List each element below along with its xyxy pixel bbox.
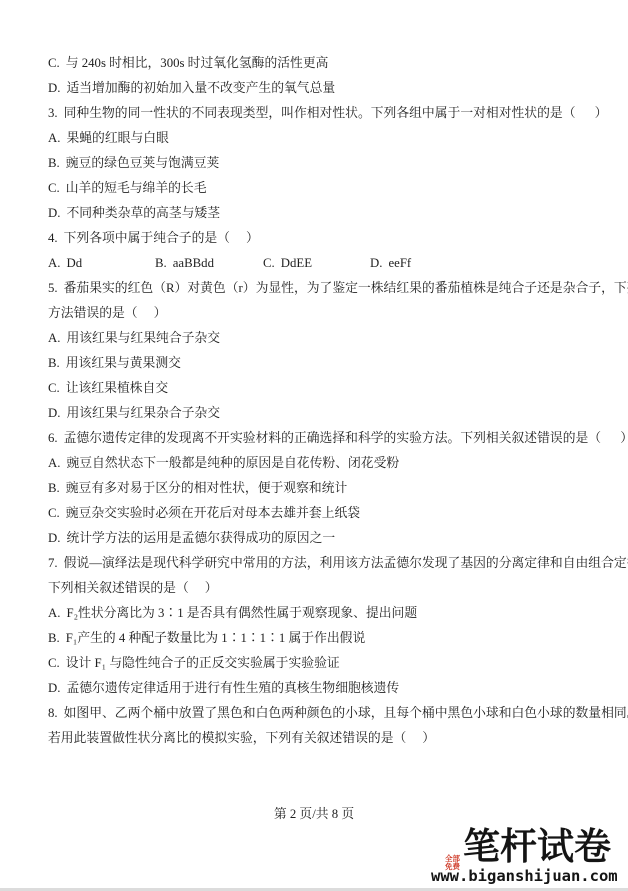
option-text: 豌豆杂交实验时必须在开花后对母本去雄并套上纸袋 xyxy=(66,506,360,520)
option-text: 与 240s 时相比，300s 时过氧化氢酶的活性更高 xyxy=(66,56,329,70)
question-3: 3.同种生物的同一性状的不同表现类型，叫作相对性状。下列各组中属于一对相对性状的… xyxy=(48,101,620,226)
question-5-option-a: A.用该红果与红果纯合子杂交 xyxy=(48,326,620,351)
option-text: 让该红果植株自交 xyxy=(66,381,168,395)
question-4-options-row: A.Dd B.aaBBdd C.DdEE D.eeFf xyxy=(48,251,620,276)
option-text: aaBBdd xyxy=(173,256,214,270)
option-text: 山羊的短毛与绵羊的长毛 xyxy=(66,181,207,195)
question-5-option-b: B.用该红果与黄果测交 xyxy=(48,351,620,376)
question-5-option-c: C.让该红果植株自交 xyxy=(48,376,620,401)
question-3-option-c: C.山羊的短毛与绵羊的长毛 xyxy=(48,176,620,201)
prev-question-option-c: C.与 240s 时相比，300s 时过氧化氢酶的活性更高 xyxy=(48,51,620,76)
question-7-option-c: C.设计 F₁ 与隐性纯合子的正反交实验属于实验验证 xyxy=(48,651,620,676)
question-number: 4. xyxy=(48,231,58,245)
question-6: 6.孟德尔遗传定律的发现离不开实验材料的正确选择和科学的实验方法。下列相关叙述错… xyxy=(48,426,620,551)
option-text: F₁产生的 4 种配子数量比为 1∶1∶1∶1 属于作出假说 xyxy=(66,631,366,645)
question-3-option-d: D.不同种类杂草的高茎与矮茎 xyxy=(48,201,620,226)
option-text: 豌豆自然状态下一般都是纯种的原因是自花传粉、闭花受粉 xyxy=(66,456,399,470)
stem-text: 同种生物的同一性状的不同表现类型，叫作相对性状。下列各组中属于一对相对性状的是（… xyxy=(64,106,608,120)
stem-text: 下列各项中属于纯合子的是（ ） xyxy=(64,231,259,245)
option-label: C. xyxy=(48,181,60,195)
option-text: 豌豆的绿色豆荚与饱满豆荚 xyxy=(66,156,220,170)
question-5-stem-line-1: 5.番茄果实的红色（R）对黄色（r）为显性，为了鉴定一株结红果的番茄植株是纯合子… xyxy=(48,276,620,301)
option-label: A. xyxy=(48,606,60,620)
stem-text: 假说—演绎法是现代科学研究中常用的方法，利用该方法孟德尔发现了基因的分离定律和自… xyxy=(64,556,628,570)
question-number: 8. xyxy=(48,706,58,720)
option-text: 豌豆有多对易于区分的相对性状，便于观察和统计 xyxy=(66,481,348,495)
question-7-option-b: B.F₁产生的 4 种配子数量比为 1∶1∶1∶1 属于作出假说 xyxy=(48,626,620,651)
option-label: D. xyxy=(48,681,60,695)
stem-text: 若用此装置做性状分离比的模拟实验，下列有关叙述错误的是（ ） xyxy=(48,731,435,745)
question-7-stem-line-2: 下列相关叙述错误的是（ ） xyxy=(48,576,620,601)
option-text: 用该红果与黄果测交 xyxy=(66,356,181,370)
stem-text: 孟德尔遗传定律的发现离不开实验材料的正确选择和科学的实验方法。下列相关叙述错误的… xyxy=(64,431,628,445)
option-text: DdEE xyxy=(281,256,312,270)
question-number: 3. xyxy=(48,106,58,120)
option-label: B. xyxy=(155,256,167,270)
option-text: 用该红果与红果杂合子杂交 xyxy=(66,406,220,420)
option-label: B. xyxy=(48,631,60,645)
question-4-option-d: D.eeFf xyxy=(370,251,411,276)
option-label: A. xyxy=(48,131,60,145)
option-text: 用该红果与红果纯合子杂交 xyxy=(66,331,220,345)
question-4: 4.下列各项中属于纯合子的是（ ） A.Dd B.aaBBdd C.DdEE D… xyxy=(48,226,620,276)
question-5-option-d: D.用该红果与红果杂合子杂交 xyxy=(48,401,620,426)
stem-text: 下列相关叙述错误的是（ ） xyxy=(48,581,218,595)
option-text: 适当增加酶的初始加入量不改变产生的氧气总量 xyxy=(66,81,335,95)
prev-question-option-d: D.适当增加酶的初始加入量不改变产生的氧气总量 xyxy=(48,76,620,101)
option-text: F₂性状分离比为 3∶1 是否具有偶然性属于观察现象、提出问题 xyxy=(66,606,417,620)
option-label: C. xyxy=(263,256,275,270)
stem-text: 如图甲、乙两个桶中放置了黑色和白色两种颜色的小球，且每个桶中黑色小球和白色小球的… xyxy=(64,706,628,720)
question-6-option-a: A.豌豆自然状态下一般都是纯种的原因是自花传粉、闭花受粉 xyxy=(48,451,620,476)
option-label: A. xyxy=(48,256,60,270)
option-label: C. xyxy=(48,506,60,520)
question-3-option-b: B.豌豆的绿色豆荚与饱满豆荚 xyxy=(48,151,620,176)
question-5: 5.番茄果实的红色（R）对黄色（r）为显性，为了鉴定一株结红果的番茄植株是纯合子… xyxy=(48,276,620,426)
option-text: 不同种类杂草的高茎与矮茎 xyxy=(66,206,220,220)
option-label: B. xyxy=(48,156,60,170)
question-number: 6. xyxy=(48,431,58,445)
option-text: Dd xyxy=(66,256,82,270)
question-4-option-a: A.Dd xyxy=(48,251,82,276)
question-8-stem-line-2: 若用此装置做性状分离比的模拟实验，下列有关叙述错误的是（ ） xyxy=(48,726,620,751)
stem-text: 番茄果实的红色（R）对黄色（r）为显性，为了鉴定一株结红果的番茄植株是纯合子还是… xyxy=(64,281,628,295)
option-text: 设计 F₁ 与隐性纯合子的正反交实验属于实验验证 xyxy=(66,656,340,670)
question-7-stem-line-1: 7.假说—演绎法是现代科学研究中常用的方法，利用该方法孟德尔发现了基因的分离定律… xyxy=(48,551,620,576)
question-7: 7.假说—演绎法是现代科学研究中常用的方法，利用该方法孟德尔发现了基因的分离定律… xyxy=(48,551,620,701)
question-6-option-c: C.豌豆杂交实验时必须在开花后对母本去雄并套上纸袋 xyxy=(48,501,620,526)
question-3-option-a: A.果蝇的红眼与白眼 xyxy=(48,126,620,151)
watermark-site-url: www.biganshijuan.com xyxy=(431,865,618,887)
question-6-stem: 6.孟德尔遗传定律的发现离不开实验材料的正确选择和科学的实验方法。下列相关叙述错… xyxy=(48,426,620,451)
question-4-option-c: C.DdEE xyxy=(263,251,312,276)
question-4-option-b: B.aaBBdd xyxy=(155,251,214,276)
question-6-option-d: D.统计学方法的运用是孟德尔获得成功的原因之一 xyxy=(48,526,620,551)
question-4-stem: 4.下列各项中属于纯合子的是（ ） xyxy=(48,226,620,251)
exam-page-content: C.与 240s 时相比，300s 时过氧化氢酶的活性更高 D.适当增加酶的初始… xyxy=(48,51,620,751)
question-8-stem-line-1: 8.如图甲、乙两个桶中放置了黑色和白色两种颜色的小球，且每个桶中黑色小球和白色小… xyxy=(48,701,620,726)
option-label: A. xyxy=(48,456,60,470)
option-label: D. xyxy=(48,206,60,220)
option-label: B. xyxy=(48,481,60,495)
option-label: D. xyxy=(370,256,382,270)
question-number: 7. xyxy=(48,556,58,570)
prev-question-tail: C.与 240s 时相比，300s 时过氧化氢酶的活性更高 D.适当增加酶的初始… xyxy=(48,51,620,101)
question-8: 8.如图甲、乙两个桶中放置了黑色和白色两种颜色的小球，且每个桶中黑色小球和白色小… xyxy=(48,701,620,751)
watermark-brand-logo: 笔杆试卷 xyxy=(463,828,611,868)
option-label: D. xyxy=(48,81,60,95)
question-5-stem-line-2: 方法错误的是（ ） xyxy=(48,301,620,326)
option-label: D. xyxy=(48,531,60,545)
option-text: 统计学方法的运用是孟德尔获得成功的原因之一 xyxy=(66,531,335,545)
option-label: C. xyxy=(48,56,60,70)
option-text: 果蝇的红眼与白眼 xyxy=(66,131,168,145)
question-6-option-b: B.豌豆有多对易于区分的相对性状，便于观察和统计 xyxy=(48,476,620,501)
option-text: eeFf xyxy=(388,256,411,270)
question-7-option-a: A.F₂性状分离比为 3∶1 是否具有偶然性属于观察现象、提出问题 xyxy=(48,601,620,626)
option-label: C. xyxy=(48,656,60,670)
page-number: 第 2 页/共 8 页 xyxy=(0,804,628,824)
question-7-option-d: D.孟德尔遗传定律适用于进行有性生殖的真核生物细胞核遗传 xyxy=(48,676,620,701)
question-3-stem: 3.同种生物的同一性状的不同表现类型，叫作相对性状。下列各组中属于一对相对性状的… xyxy=(48,101,620,126)
option-text: 孟德尔遗传定律适用于进行有性生殖的真核生物细胞核遗传 xyxy=(66,681,399,695)
option-label: D. xyxy=(48,406,60,420)
